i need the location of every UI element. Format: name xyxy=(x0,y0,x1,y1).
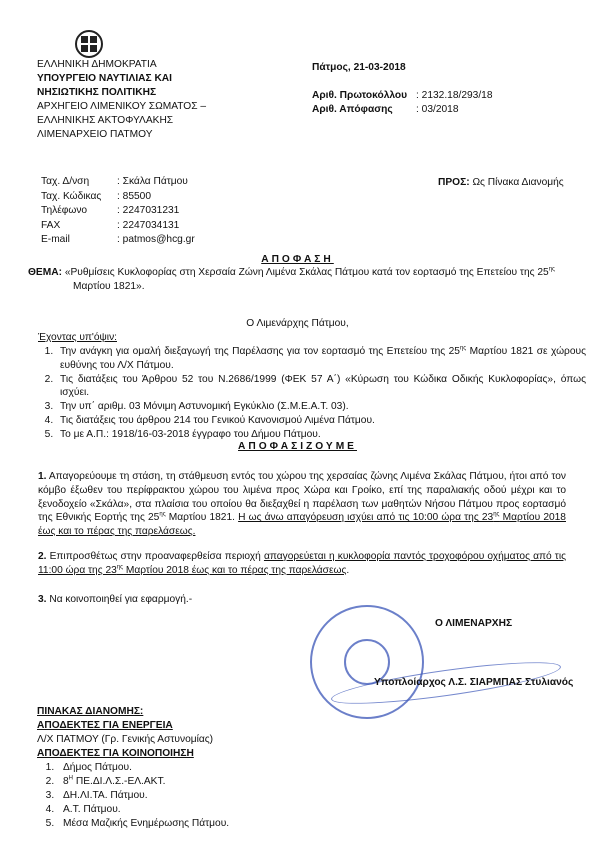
greek-coat-of-arms-icon xyxy=(75,30,103,58)
list-item: Την ανάγκη για ομαλή διεξαγωγή της Παρέλ… xyxy=(56,345,586,373)
subject-text: «Ρυθμίσεις Κυκλοφορίας στη Χερσαία Ζώνη … xyxy=(65,267,549,278)
decision-paragraph-3: 3. Να κοινοποιηθεί για εφαρμογή.- xyxy=(38,593,566,607)
list-item: Την υπ΄ αριθμ. 03 Μόνιμη Αστυνομική Εγκύ… xyxy=(56,400,586,414)
authority-line: ΝΗΣΙΩΤΙΚΗΣ ΠΟΛΙΤΙΚΗΣ xyxy=(37,86,206,100)
decision-label: Αριθ. Απόφασης xyxy=(312,103,416,117)
contact-label: Ταχ. Κώδικας xyxy=(41,190,117,205)
authority-line: ΛΙΜΕΝΑΡΧΕΙΟ ΠΑΤΜΟΥ xyxy=(37,128,206,142)
protocol-number: 2132.18/293/18 xyxy=(422,89,493,103)
contact-label: Τηλέφωνο xyxy=(41,204,117,219)
authority-line: ΕΛΛΗΝΙΚΗΣ ΑΚΤΟΦΥΛΑΚΗΣ xyxy=(37,114,206,128)
subject-text-end: Μαρτίου 1821». xyxy=(73,281,145,292)
phone-value: : 2247031231 xyxy=(117,204,179,219)
decision-paragraph-2: 2. Επιπροσθέτως στην προαναφερθείσα περι… xyxy=(38,550,566,578)
list-item: Τις διατάξεις του άρθρου 214 του Γενικού… xyxy=(56,414,586,428)
signatory-name: Υποπλοίαρχος Λ.Σ. ΣΙΑΡΜΠΑΣ Στυλιανός xyxy=(374,676,573,690)
recipient-value: Ως Πίνακα Διανομής xyxy=(472,177,563,188)
postcode-value: : 85500 xyxy=(117,190,151,205)
list-item: Τις διατάξεις του Άρθρου 52 του Ν.2686/1… xyxy=(56,373,586,401)
document-title: ΑΠΟΦΑΣΗ xyxy=(0,253,595,267)
contact-info: Ταχ. Δ/νση: Σκάλα Πάτμου Ταχ. Κώδικας: 8… xyxy=(41,175,195,248)
distribution-title: ΠΙΝΑΚΑΣ ΔΙΑΝΟΜΗΣ: xyxy=(37,705,229,719)
considering-label: Έχοντας υπ'όψιν: xyxy=(38,331,117,345)
action-recipient: Λ/Χ ΠΑΤΜΟΥ (Γρ. Γενικής Αστυνομίας) xyxy=(37,733,229,747)
notify-recipients-title: ΑΠΟΔΕΚΤΕΣ ΓΙΑ ΚΟΙΝΟΠΟΙΗΣΗ xyxy=(37,747,229,761)
distribution-list: ΠΙΝΑΚΑΣ ΔΙΑΝΟΜΗΣ: ΑΠΟΔΕΚΤΕΣ ΓΙΑ ΕΝΕΡΓΕΙΑ… xyxy=(37,705,229,831)
signatory-title: Ο ΛΙΜΕΝΑΡΧΗΣ xyxy=(435,617,512,631)
decision-heading: ΑΠΟΦΑΣΙΖΟΥΜΕ xyxy=(0,440,595,454)
contact-label: Ταχ. Δ/νση xyxy=(41,175,117,190)
subject: ΘΕΜΑ: «Ρυθμίσεις Κυκλοφορίας στη Χερσαία… xyxy=(28,266,568,294)
issuing-authority: ΕΛΛΗΝΙΚΗ ΔΗΜΟΚΡΑΤΙΑ ΥΠΟΥΡΓΕΙΟ ΝΑΥΤΙΛΙΑΣ … xyxy=(37,58,206,142)
list-item: ΔΗ.ΛΙ.ΤΑ. Πάτμου. xyxy=(57,789,229,803)
considerations-list: Την ανάγκη για ομαλή διεξαγωγή της Παρέλ… xyxy=(38,345,586,441)
contact-label: FAX xyxy=(41,219,117,234)
protocol-label: Αριθ. Πρωτοκόλλου xyxy=(312,89,416,103)
contact-label: E-mail xyxy=(41,233,117,248)
authority-line: ΑΡΧΗΓΕΙΟ ΛΙΜΕΝΙΚΟΥ ΣΩΜΑΤΟΣ – xyxy=(37,100,206,114)
email-link[interactable]: : patmos@hcg.gr xyxy=(117,233,195,248)
authority-line: ΥΠΟΥΡΓΕΙΟ ΝΑΥΤΙΛΙΑΣ ΚΑΙ xyxy=(37,72,206,86)
recipient: ΠΡΟΣ: Ως Πίνακα Διανομής xyxy=(438,176,564,190)
issuer-intro: Ο Λιμενάρχης Πάτμου, xyxy=(0,317,595,331)
decision-paragraph-1: 1. Απαγορεύουμε τη στάση, τη στάθμευση ε… xyxy=(38,470,566,539)
fax-value: : 2247034131 xyxy=(117,219,179,234)
action-recipients-title: ΑΠΟΔΕΚΤΕΣ ΓΙΑ ΕΝΕΡΓΕΙΑ xyxy=(37,719,229,733)
notify-list: Δήμος Πάτμου. 8Η ΠΕ.ΔΙ.Λ.Σ.-ΕΛ.ΑΚΤ. ΔΗ.Λ… xyxy=(37,761,229,831)
recipient-label: ΠΡΟΣ: xyxy=(438,177,470,188)
subject-label: ΘΕΜΑ: xyxy=(28,267,62,278)
list-item: Μέσα Μαζικής Ενημέρωσης Πάτμου. xyxy=(57,817,229,831)
authority-line: ΕΛΛΗΝΙΚΗ ΔΗΜΟΚΡΑΤΙΑ xyxy=(37,58,206,72)
decision-number: 03/2018 xyxy=(422,103,459,117)
address-value: : Σκάλα Πάτμου xyxy=(117,175,188,190)
ordinal-suffix: ης xyxy=(549,267,555,273)
list-item: Δήμος Πάτμου. xyxy=(57,761,229,775)
list-item: 8Η ΠΕ.ΔΙ.Λ.Σ.-ΕΛ.ΑΚΤ. xyxy=(57,775,229,789)
place-date: Πάτμος, 21-03-2018 xyxy=(312,61,493,75)
list-item: Α.Τ. Πάτμου. xyxy=(57,803,229,817)
document-reference: Πάτμος, 21-03-2018 Αριθ. Πρωτοκόλλου: 21… xyxy=(312,61,493,116)
